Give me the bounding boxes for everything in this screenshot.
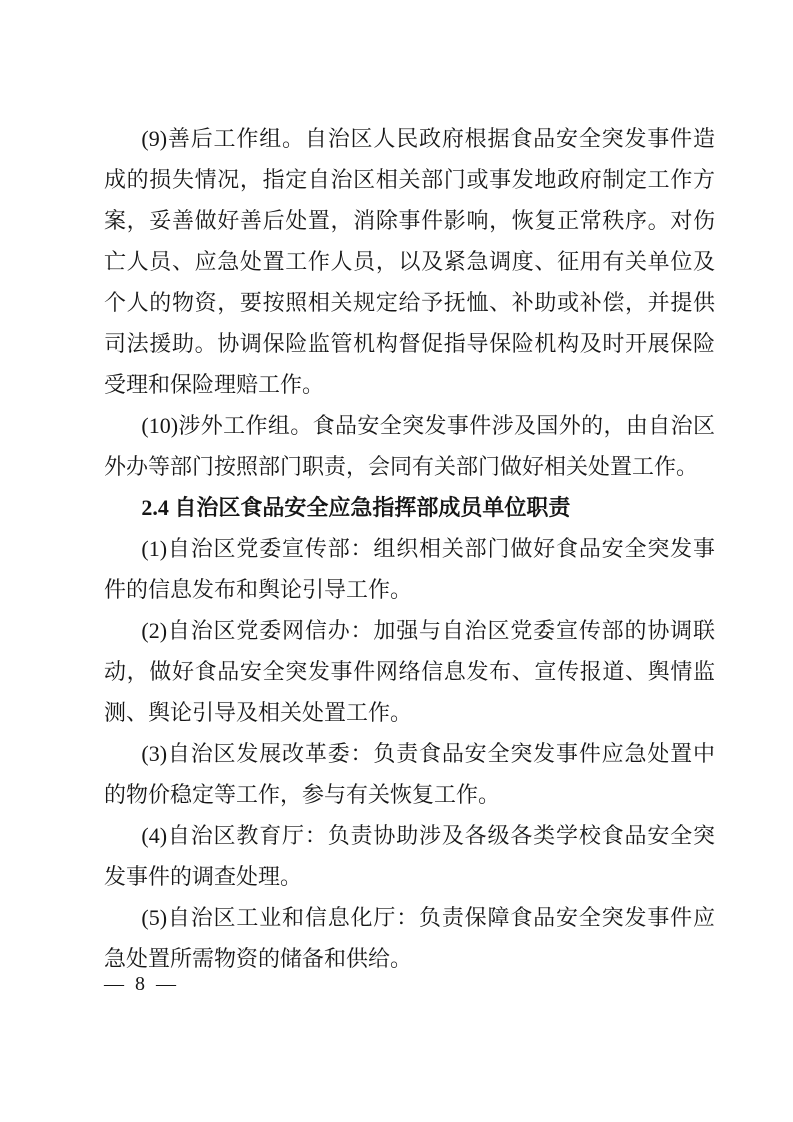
paragraph: (4)自治区教育厅：负责协助涉及各级各类学校食品安全突发事件的调查处理。 bbox=[104, 815, 715, 897]
page-number: — 8 — bbox=[104, 971, 179, 997]
paragraph: (10)涉外工作组。食品安全突发事件涉及国外的，由自治区外办等部门按照部门职责，… bbox=[104, 405, 715, 487]
section-heading: 2.4 自治区食品安全应急指挥部成员单位职责 bbox=[104, 487, 715, 528]
paragraph: (3)自治区发展改革委：负责食品安全突发事件应急处置中的物价稳定等工作，参与有关… bbox=[104, 733, 715, 815]
paragraph: (9)善后工作组。自治区人民政府根据食品安全突发事件造成的损失情况，指定自治区相… bbox=[104, 118, 715, 405]
document-body: (9)善后工作组。自治区人民政府根据食品安全突发事件造成的损失情况，指定自治区相… bbox=[104, 118, 715, 979]
paragraph: (1)自治区党委宣传部：组织相关部门做好食品安全突发事件的信息发布和舆论引导工作… bbox=[104, 528, 715, 610]
paragraph: (5)自治区工业和信息化厅：负责保障食品安全突发事件应急处置所需物资的储备和供给… bbox=[104, 897, 715, 979]
paragraph: (2)自治区党委网信办：加强与自治区党委宣传部的协调联动，做好食品安全突发事件网… bbox=[104, 610, 715, 733]
document-page: (9)善后工作组。自治区人民政府根据食品安全突发事件造成的损失情况，指定自治区相… bbox=[0, 0, 793, 1122]
